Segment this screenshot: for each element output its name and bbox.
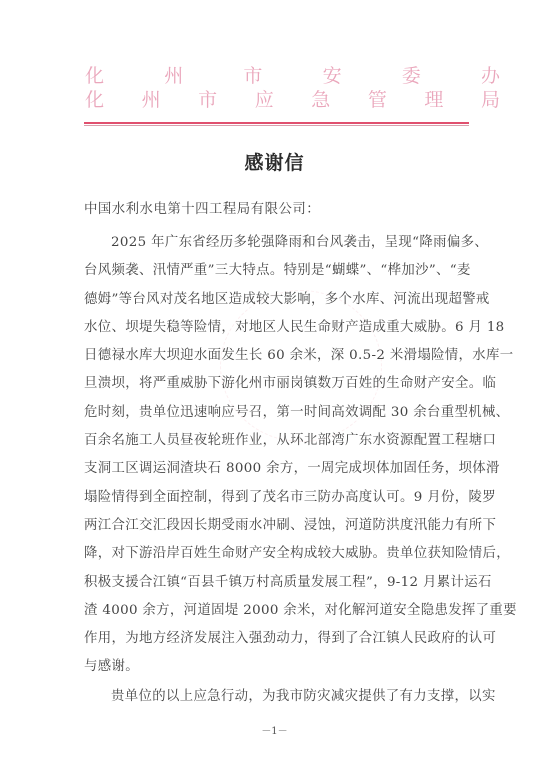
- letterhead-red-rule: [84, 122, 469, 124]
- letterhead-char: 管: [368, 88, 387, 112]
- body-line: 两江合江交汇段因长期受雨水冲刷、浸蚀，河道防洪度汛能力有所下: [84, 512, 474, 540]
- body-line: 百余名施工人员昼夜轮班作业，从环北部湾广东水资源配置工程塘口: [84, 427, 474, 455]
- letterhead-char: 局: [481, 88, 500, 112]
- letterhead-char: 市: [198, 88, 217, 112]
- page-number: －1－: [0, 722, 549, 737]
- letterhead-char: 安: [323, 64, 342, 88]
- body-line: 与感谢。: [84, 653, 474, 681]
- letterhead-char: 州: [142, 88, 161, 112]
- document-title: 感谢信: [0, 148, 549, 175]
- letterhead-char: 应: [255, 88, 274, 112]
- closing-paragraph-line: 贵单位的以上应急行动，为我市防灾减灾提供了有力支撑，以实: [111, 685, 496, 704]
- letter-body: 2025 年广东省经历多轮强降雨和台风袭击，呈现“降雨偏多、 台风频袭、汛情严重…: [84, 229, 474, 682]
- body-line: 作用，为地方经济发展注入强劲动力，得到了合江镇人民政府的认可: [84, 625, 474, 653]
- letterhead-char: 委: [402, 64, 421, 88]
- letterhead-char: 化: [85, 64, 104, 88]
- letterhead-char: 化: [85, 88, 104, 112]
- body-line: 危时刻，贵单位迅速响应号召，第一时间高效调配 30 余台重型机械、: [84, 399, 474, 427]
- salutation: 中国水利水电第十四工程局有限公司：: [84, 198, 320, 217]
- letterhead-char: 市: [243, 64, 262, 88]
- letterhead-issuer-2: 化 州 市 应 急 管 理 局: [85, 88, 500, 112]
- letterhead: 化 州 市 安 委 办 化 州 市 应 急 管 理 局: [85, 64, 500, 112]
- body-line: 台风频袭、汛情严重”三大特点。特别是“蝴蝶”、“桦加沙”、“麦: [84, 257, 474, 285]
- letterhead-char: 办: [481, 64, 500, 88]
- letterhead-thin-rule: [84, 125, 469, 126]
- body-line: 积极支援合江镇“百县千镇万村高质量发展工程”，9-12 月累计运石: [84, 569, 474, 597]
- body-line: 渣 4000 余方，河道固堤 2000 余米，对化解河道安全隐患发挥了重要: [84, 597, 474, 625]
- document-page: 化 州 市 安 委 办 化 州 市 应 急 管 理 局 感谢信 中国水利水电第十…: [0, 0, 549, 777]
- letterhead-char: 理: [424, 88, 443, 112]
- body-line: 支洞工区调运洞渣块石 8000 余方，一周完成坝体加固任务，坝体滑: [84, 455, 474, 483]
- letterhead-char: 急: [311, 88, 330, 112]
- letterhead-char: 州: [164, 64, 183, 88]
- body-line: 旦溃坝，将严重威胁下游化州市丽岗镇数万百姓的生命财产安全。临: [84, 370, 474, 398]
- body-line: 德姆”等台风对茂名地区造成较大影响，多个水库、河流出现超警戒: [84, 286, 474, 314]
- body-line: 降，对下游沿岸百姓生命财产安全构成较大威胁。贵单位获知险情后，: [84, 540, 474, 568]
- body-line: 日德禄水库大坝迎水面发生长 60 余米，深 0.5-2 米滑塌险情，水库一: [84, 342, 474, 370]
- letterhead-issuer-1: 化 州 市 安 委 办: [85, 64, 500, 88]
- body-line: 2025 年广东省经历多轮强降雨和台风袭击，呈现“降雨偏多、: [84, 229, 474, 257]
- body-line: 塌险情得到全面控制，得到了茂名市三防办高度认可。9 月份，陵罗: [84, 484, 474, 512]
- body-line: 水位、坝堤失稳等险情，对地区人民生命财产造成重大威胁。6 月 18: [84, 314, 474, 342]
